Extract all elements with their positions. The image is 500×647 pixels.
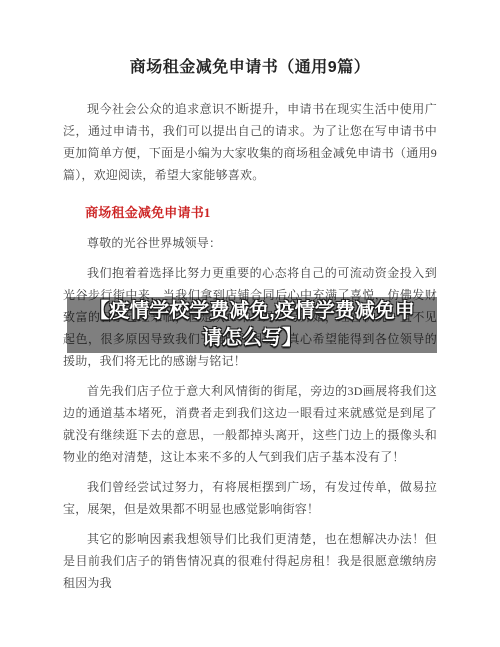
intro-paragraph: 现今社会公众的追求意识不断提升，申请书在现实生活中使用广泛，通过申请书，我们可以… [63,98,437,186]
body-paragraph: 首先我们店子位于意大利风情街的街尾，旁边的3D画展将我们这边的通道基本堵死，消费… [63,380,437,468]
page-title: 商场租金减免申请书（通用9篇） [63,56,437,80]
salutation-line: 尊敬的光谷世界城领导： [63,232,437,254]
watermark-overlay: 【疫情学校学费减免,疫情学费减免申 请怎么写】 [67,297,437,353]
watermark-text-line1: 【疫情学校学费减免,疫情学费减免申 [89,298,415,325]
body-paragraph: 其它的影响因素我想领导们比我们更清楚，也在想解决办法！但是目前我们店子的销售情况… [63,528,437,594]
body-paragraph: 我们曾经尝试过努力，有将展柜摆到广场，有发过传单，做易拉宝，展架，但是效果都不明… [63,476,437,520]
watermark-text-line2: 请怎么写】 [202,325,302,352]
document-page: 商场租金减免申请书（通用9篇） 现今社会公众的追求意识不断提升，申请书在现实生活… [0,0,500,647]
section-heading: 商场租金减免申请书1 [63,202,437,224]
